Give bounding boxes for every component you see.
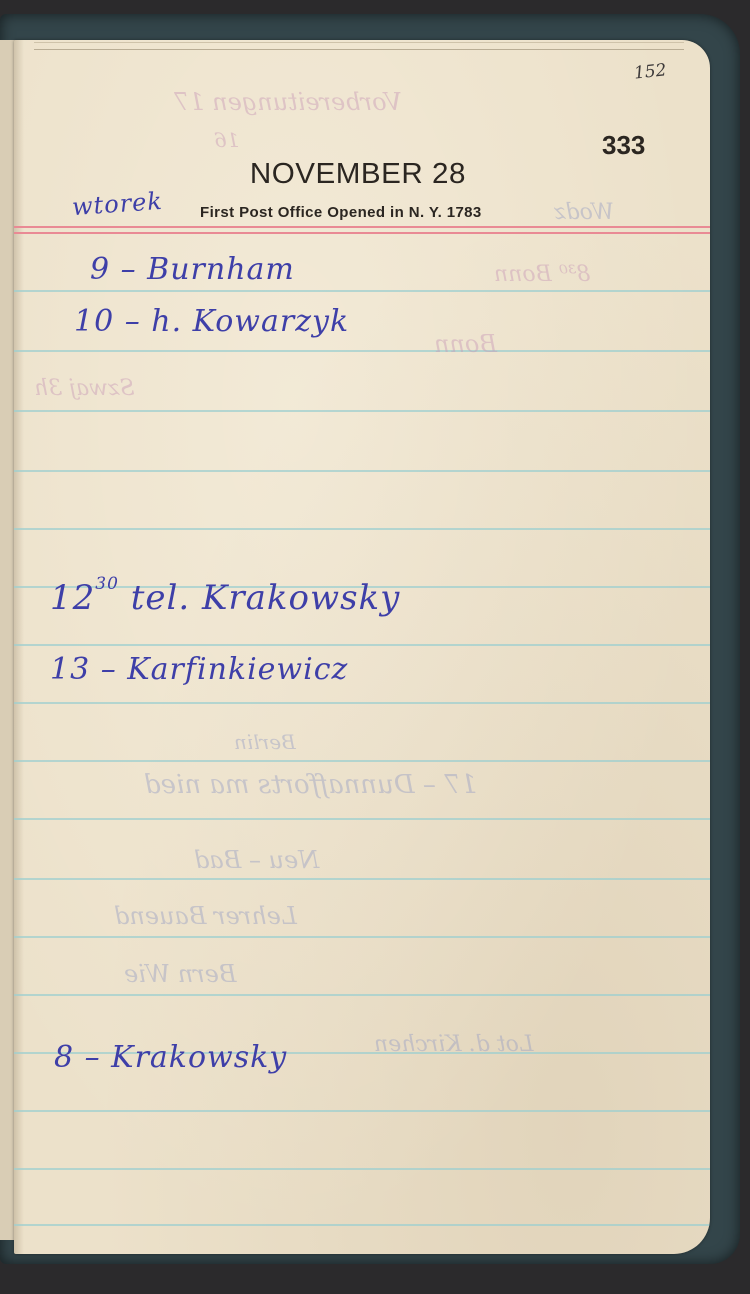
entry-time: 12 xyxy=(50,578,95,618)
header-rule-red-top xyxy=(14,226,710,228)
ruled-line xyxy=(14,470,710,472)
bleed-through-text: Bern Wie xyxy=(124,960,237,988)
bleed-through-text: Vorbereitungen 17 xyxy=(174,88,402,116)
header-rule-red-bottom xyxy=(14,232,710,234)
bleed-through-text: 17 – Dunnafforts ma nied xyxy=(144,770,477,800)
handwritten-entry: 9 – Burnham xyxy=(90,252,295,287)
bleed-through-text: Lehrer Bauend xyxy=(114,902,297,930)
ruled-line xyxy=(14,936,710,938)
page-fold-shadow xyxy=(14,40,24,1254)
ruled-line xyxy=(14,350,710,352)
ruled-line xyxy=(14,410,710,412)
archive-number: 152 xyxy=(633,60,667,83)
ruled-line xyxy=(14,760,710,762)
ruled-line xyxy=(14,290,710,292)
bleed-through-text: Berlin xyxy=(234,730,296,754)
handwritten-entry: 8 – Krakowsky xyxy=(54,1040,287,1075)
bleed-through-text: Lot d. Kirchen xyxy=(374,1032,533,1057)
entry-time-minutes: 30 xyxy=(95,574,119,594)
ruled-line xyxy=(14,818,710,820)
handwritten-entry: 10 – h. Kowarzyk xyxy=(74,304,349,339)
ruled-line xyxy=(14,702,710,704)
handwritten-entry: 13 – Karfinkiewicz xyxy=(50,652,348,687)
bleed-through-text: Neu – Bad xyxy=(194,846,319,874)
ruled-line xyxy=(14,878,710,880)
handwritten-entry: 1230 tel. Krakowsky xyxy=(50,578,400,618)
page-number: 333 xyxy=(602,130,645,161)
bleed-through-text: Szwaj 3h xyxy=(34,376,135,401)
bleed-through-text: 8³⁰ Bonn xyxy=(494,262,590,287)
entry-text: tel. Krakowsky xyxy=(131,578,401,618)
historical-note: First Post Office Opened in N. Y. 1783 xyxy=(200,204,482,221)
ruled-line xyxy=(14,994,710,996)
ruled-line xyxy=(14,1168,710,1170)
bleed-through-text: Wodz xyxy=(554,200,614,225)
handwritten-weekday: wtorek xyxy=(71,187,164,221)
ruled-line xyxy=(14,1110,710,1112)
ruled-line xyxy=(14,644,710,646)
bleed-through-text: Bonn xyxy=(434,330,497,358)
bleed-through-text: 16 xyxy=(214,128,239,152)
date-heading: NOVEMBER 28 xyxy=(250,158,466,191)
ruled-line xyxy=(14,528,710,530)
ruled-line xyxy=(14,1224,710,1226)
page-top-edge xyxy=(34,42,684,50)
diary-page: Vorbereitungen 17 16 Wodz 8³⁰ Bonn Bonn … xyxy=(14,40,710,1254)
